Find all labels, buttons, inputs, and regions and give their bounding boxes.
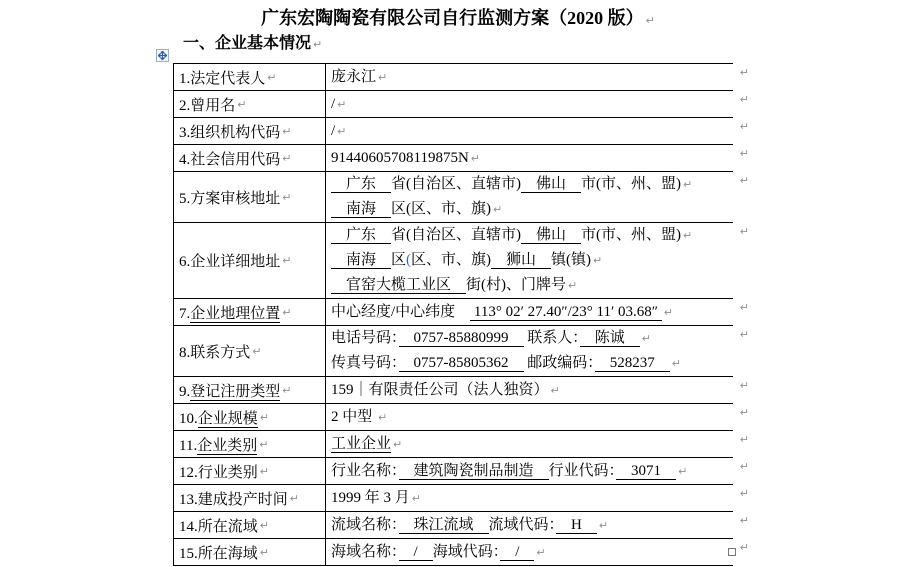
paragraph-mark: ↵ <box>471 152 480 165</box>
row-value-cell[interactable]: 广东 省(自治区、直辖市) 佛山 市(市、州、盟)↵ 南海 区(区、市、旗) 狮… <box>326 223 733 298</box>
value-segment: 传真号码： <box>331 355 399 371</box>
value-line: 1999 年 3 月↵ <box>331 486 733 511</box>
value-segment: 区、市、旗) <box>411 252 491 268</box>
table-row: 10.企业规模↵2 中型 ↵↵ <box>174 404 733 431</box>
value-line: 广东 省(自治区、直辖市) 佛山 市(市、州、盟)↵ <box>331 223 733 248</box>
value-line: 流域名称： 珠江流域 流域代码： H ↵ <box>331 513 733 538</box>
row-end-paragraph-mark: ↵ <box>740 379 749 392</box>
value-segment: 佛山 <box>521 227 581 244</box>
value-segment: 广东 <box>331 227 391 244</box>
word-document-page: 广东宏陶陶瓷有限公司自行监测方案（2020 版）↵ 一、企业基本情况↵ 1.法定… <box>0 0 916 567</box>
paragraph-mark: ↵ <box>393 438 402 451</box>
row-label-text: 所在海域 <box>198 546 258 562</box>
row-end-paragraph-mark: ↵ <box>740 514 749 527</box>
table-row: 7.企业地理位置↵中心经度/中心纬度 113° 02′ 27.40″/23° 1… <box>174 299 733 326</box>
row-end-paragraph-mark: ↵ <box>740 174 749 187</box>
value-segment: 行业代码： <box>549 463 617 479</box>
paragraph-mark: ↵ <box>313 38 322 51</box>
value-segment: 海域代码： <box>433 544 501 560</box>
row-number: 13. <box>179 492 198 508</box>
row-number: 6. <box>179 254 190 270</box>
row-value-cell[interactable]: 电话号码： 0757-85880999 联系人： 陈诚 ↵传真号码： 0757-… <box>326 326 733 376</box>
value-segment: 省(自治区、直辖市) <box>391 227 521 243</box>
row-label-cell[interactable]: 13.建成投产时间↵ <box>174 485 326 511</box>
row-label: 5.方案审核地址 <box>179 187 280 208</box>
paragraph-mark: ↵ <box>536 546 545 559</box>
row-label-cell[interactable]: 5.方案审核地址↵ <box>174 172 326 222</box>
row-label-cell[interactable]: 12.行业类别↵ <box>174 458 326 484</box>
row-label-text: 所在流域 <box>198 519 258 535</box>
paragraph-mark: ↵ <box>593 254 602 267</box>
row-label: 9.登记注册类型 <box>179 380 280 401</box>
row-number: 14. <box>179 519 198 535</box>
row-end-paragraph-mark: ↵ <box>740 328 749 341</box>
value-line: 传真号码： 0757-85805362 邮政编码： 528237 ↵ <box>331 351 733 376</box>
paragraph-mark: ↵ <box>683 178 692 191</box>
section-heading: 一、企业基本情况 <box>183 35 311 52</box>
table-row: 11.企业类别↵工业企业↵↵ <box>174 431 733 458</box>
value-segment: 0757-85880999 <box>399 330 524 347</box>
value-line: 91440605708119875N↵ <box>331 146 733 171</box>
row-label-text: 曾用名 <box>190 98 235 114</box>
row-label-text: 建成投产时间 <box>198 492 288 508</box>
paragraph-mark: ↵ <box>678 465 687 478</box>
value-segment: 区 <box>391 252 406 268</box>
value-segment: / <box>331 96 335 112</box>
paragraph-mark: ↵ <box>568 279 577 292</box>
value-segment: 珠江流域 <box>399 517 489 534</box>
row-label-cell[interactable]: 3.组织机构代码↵ <box>174 118 326 144</box>
table-row: 8.联系方式↵电话号码： 0757-85880999 联系人： 陈诚 ↵传真号码… <box>174 326 733 377</box>
row-label-text: 行业类别 <box>198 465 258 481</box>
value-segment: 镇(镇) <box>551 252 591 268</box>
paragraph-mark: ↵ <box>599 519 608 532</box>
value-segment: 广东 <box>331 176 391 193</box>
value-segment: 0757-85805362 <box>399 355 524 372</box>
value-segment: 电话号码： <box>331 330 399 346</box>
row-value-cell[interactable]: 2 中型 ↵ <box>326 404 733 430</box>
paragraph-mark: ↵ <box>378 411 387 424</box>
paragraph-mark: ↵ <box>412 492 421 505</box>
row-label-text: 登记注册类型 <box>190 384 280 401</box>
value-segment: / <box>399 544 433 561</box>
paragraph-mark: ↵ <box>282 254 291 267</box>
move-arrows-icon <box>158 51 167 60</box>
paragraph-mark: ↵ <box>664 306 673 319</box>
row-end-paragraph-mark: ↵ <box>740 225 749 238</box>
paragraph-mark: ↵ <box>337 98 346 111</box>
row-end-paragraph-mark: ↵ <box>740 120 749 133</box>
paragraph-mark: ↵ <box>646 14 655 27</box>
paragraph-mark: ↵ <box>260 465 269 478</box>
value-segment: 陈诚 <box>580 330 640 347</box>
section-heading-line[interactable]: 一、企业基本情况↵ <box>183 30 322 53</box>
value-segment: 狮山 <box>491 252 551 269</box>
row-label-text: 联系方式 <box>190 345 250 361</box>
row-label-cell[interactable]: 11.企业类别↵ <box>174 431 326 457</box>
row-end-paragraph-mark: ↵ <box>740 541 749 554</box>
paragraph-mark: ↵ <box>260 546 269 559</box>
row-label-text: 组织机构代码 <box>190 125 280 141</box>
value-line: 工业企业↵ <box>331 432 733 457</box>
paragraph-mark: ↵ <box>642 332 651 345</box>
table-row: 4.社会信用代码↵91440605708119875N↵↵ <box>174 145 733 172</box>
row-label: 14.所在流域 <box>179 515 258 536</box>
paragraph-mark: ↵ <box>267 71 276 84</box>
value-segment: 91440605708119875N <box>331 150 469 166</box>
paragraph-mark: ↵ <box>290 492 299 505</box>
table-row: 12.行业类别↵行业名称： 建筑陶瓷制品制造 行业代码： 3071 ↵↵ <box>174 458 733 485</box>
value-segment: 159｜有限责任公司（法人独资） <box>331 382 549 398</box>
row-label-cell[interactable]: 7.企业地理位置↵ <box>174 299 326 325</box>
value-segment: 2 中型 <box>331 409 376 425</box>
row-value-cell[interactable]: 海域名称： / 海域代码： / ↵ <box>326 539 733 565</box>
row-label-cell[interactable]: 14.所在流域↵ <box>174 512 326 538</box>
value-segment: 庞永江 <box>331 69 376 85</box>
value-line: 庞永江↵ <box>331 65 733 90</box>
row-number: 1. <box>179 71 190 87</box>
value-line: 中心经度/中心纬度 113° 02′ 27.40″/23° 11′ 03.68″… <box>331 300 733 325</box>
row-label-cell[interactable]: 15.所在海域↵ <box>174 539 326 565</box>
row-value-cell[interactable]: 1999 年 3 月↵ <box>326 485 733 511</box>
row-label: 3.组织机构代码 <box>179 121 280 142</box>
table-row: 14.所在流域↵流域名称： 珠江流域 流域代码： H ↵↵ <box>174 512 733 539</box>
value-segment: 官窑大榄工业区 <box>331 277 466 294</box>
row-end-paragraph-mark: ↵ <box>740 460 749 473</box>
paragraph-mark: ↵ <box>378 71 387 84</box>
value-segment: 1999 年 3 月 <box>331 490 410 506</box>
value-segment: 市(市、州、盟) <box>581 176 681 192</box>
value-line: 行业名称： 建筑陶瓷制品制造 行业代码： 3071 ↵ <box>331 459 733 484</box>
row-number: 9. <box>179 384 190 400</box>
row-label-cell[interactable]: 4.社会信用代码↵ <box>174 145 326 171</box>
document-title-line[interactable]: 广东宏陶陶瓷有限公司自行监测方案（2020 版）↵ <box>0 4 916 30</box>
row-label: 4.社会信用代码 <box>179 148 280 169</box>
value-segment: 街(村)、门牌号 <box>466 277 566 293</box>
row-number: 7. <box>179 306 190 322</box>
value-line: 南海 区(区、市、旗) 狮山 镇(镇)↵ <box>331 248 733 273</box>
row-end-paragraph-mark: ↵ <box>740 406 749 419</box>
row-number: 4. <box>179 152 190 168</box>
value-line: /↵ <box>331 119 733 144</box>
row-value-cell[interactable]: 中心经度/中心纬度 113° 02′ 27.40″/23° 11′ 03.68″… <box>326 299 733 325</box>
table-row: 2.曾用名↵/↵↵ <box>174 91 733 118</box>
value-segment: 行业名称： <box>331 463 399 479</box>
table-row: 13.建成投产时间↵1999 年 3 月↵↵ <box>174 485 733 512</box>
row-label: 12.行业类别 <box>179 461 258 482</box>
table-row: 3.组织机构代码↵/↵↵ <box>174 118 733 145</box>
row-number: 5. <box>179 191 190 207</box>
value-line: 2 中型 ↵ <box>331 405 733 430</box>
row-value-cell[interactable]: 庞永江↵ <box>326 64 733 90</box>
paragraph-mark: ↵ <box>672 357 681 370</box>
table-row: 1.法定代表人↵庞永江↵↵ <box>174 64 733 91</box>
value-segment: 佛山 <box>521 176 581 193</box>
paragraph-mark: ↵ <box>282 306 291 319</box>
table-row: 15.所在海域↵海域名称： / 海域代码： / ↵↵ <box>174 539 733 566</box>
value-segment: / <box>331 123 335 139</box>
row-value-cell[interactable]: /↵ <box>326 118 733 144</box>
end-of-table-square-mark <box>728 548 736 556</box>
value-segment: 流域名称： <box>331 517 399 533</box>
value-segment: 市(市、州、盟) <box>581 227 681 243</box>
row-label-cell[interactable]: 9.登记注册类型↵ <box>174 377 326 403</box>
row-label: 13.建成投产时间 <box>179 488 288 509</box>
row-label: 6.企业详细地址 <box>179 250 280 271</box>
table-move-handle[interactable] <box>156 49 169 62</box>
paragraph-mark: ↵ <box>282 152 291 165</box>
row-label: 2.曾用名 <box>179 94 235 115</box>
value-segment: 113° 02′ 27.40″/23° 11′ 03.68″ <box>470 304 662 321</box>
row-label-text: 企业地理位置 <box>190 306 280 323</box>
row-label-text: 企业类别 <box>197 438 257 455</box>
row-number: 3. <box>179 125 190 141</box>
value-segment: 南海 <box>331 201 391 218</box>
row-end-paragraph-mark: ↵ <box>740 301 749 314</box>
basic-info-table: 1.法定代表人↵庞永江↵↵2.曾用名↵/↵↵3.组织机构代码↵/↵↵4.社会信用… <box>173 63 733 566</box>
value-line: 广东 省(自治区、直辖市) 佛山 市(市、州、盟)↵ <box>331 172 733 197</box>
row-value-cell[interactable]: 广东 省(自治区、直辖市) 佛山 市(市、州、盟)↵ 南海 区(区、市、旗)↵ <box>326 172 733 222</box>
value-segment: / <box>500 544 534 561</box>
row-label-cell[interactable]: 8.联系方式↵ <box>174 326 326 376</box>
value-segment: H <box>556 517 597 534</box>
row-value-cell[interactable]: 行业名称： 建筑陶瓷制品制造 行业代码： 3071 ↵ <box>326 458 733 484</box>
row-label: 8.联系方式 <box>179 341 250 362</box>
paragraph-mark: ↵ <box>260 519 269 532</box>
value-line: 海域名称： / 海域代码： / ↵ <box>331 540 733 565</box>
value-segment: 建筑陶瓷制品制造 <box>399 463 549 480</box>
value-line: /↵ <box>331 92 733 117</box>
row-label-cell[interactable]: 2.曾用名↵ <box>174 91 326 117</box>
value-segment: 流域代码： <box>489 517 557 533</box>
value-segment: 邮政编码： <box>524 355 595 371</box>
row-number: 15. <box>179 546 198 562</box>
paragraph-mark: ↵ <box>282 191 291 204</box>
row-label-text: 社会信用代码 <box>190 152 280 168</box>
value-segment: 工业企业 <box>331 436 391 453</box>
paragraph-mark: ↵ <box>252 345 261 358</box>
row-label-cell[interactable]: 6.企业详细地址↵ <box>174 223 326 298</box>
table-row: 5.方案审核地址↵ 广东 省(自治区、直辖市) 佛山 市(市、州、盟)↵ 南海 … <box>174 172 733 223</box>
paragraph-mark: ↵ <box>259 438 268 451</box>
value-segment: 区(区、市、旗) <box>391 201 491 217</box>
paragraph-mark: ↵ <box>337 125 346 138</box>
paragraph-mark: ↵ <box>493 203 502 216</box>
row-value-cell[interactable]: 流域名称： 珠江流域 流域代码： H ↵ <box>326 512 733 538</box>
table-row: 9.登记注册类型↵159｜有限责任公司（法人独资）↵↵ <box>174 377 733 404</box>
value-line: 159｜有限责任公司（法人独资）↵ <box>331 378 733 403</box>
row-end-paragraph-mark: ↵ <box>740 93 749 106</box>
value-line: 电话号码： 0757-85880999 联系人： 陈诚 ↵ <box>331 326 733 351</box>
value-segment: 528237 <box>595 355 670 372</box>
paragraph-mark: ↵ <box>551 384 560 397</box>
row-label-cell[interactable]: 10.企业规模↵ <box>174 404 326 430</box>
row-label: 1.法定代表人 <box>179 67 265 88</box>
paragraph-mark: ↵ <box>260 411 269 424</box>
row-end-paragraph-mark: ↵ <box>740 433 749 446</box>
paragraph-mark: ↵ <box>683 229 692 242</box>
row-label: 7.企业地理位置 <box>179 302 280 323</box>
row-value-cell[interactable]: 91440605708119875N↵ <box>326 145 733 171</box>
value-segment: 联系人： <box>524 330 580 346</box>
row-value-cell[interactable]: /↵ <box>326 91 733 117</box>
row-end-paragraph-mark: ↵ <box>740 66 749 79</box>
row-value-cell[interactable]: 159｜有限责任公司（法人独资）↵ <box>326 377 733 403</box>
row-label-text: 企业规模 <box>198 411 258 428</box>
row-value-cell[interactable]: 工业企业↵ <box>326 431 733 457</box>
value-line: 官窑大榄工业区 街(村)、门牌号↵ <box>331 273 733 298</box>
page-title: 广东宏陶陶瓷有限公司自行监测方案（2020 版） <box>261 8 644 28</box>
row-number: 12. <box>179 465 198 481</box>
row-label: 15.所在海域 <box>179 542 258 563</box>
value-segment: 南海 <box>331 252 391 269</box>
value-segment: 海域名称： <box>331 544 399 560</box>
row-end-paragraph-mark: ↵ <box>740 147 749 160</box>
row-label: 10.企业规模 <box>179 407 258 428</box>
table-row: 6.企业详细地址↵ 广东 省(自治区、直辖市) 佛山 市(市、州、盟)↵ 南海 … <box>174 223 733 299</box>
row-label-text: 方案审核地址 <box>190 191 280 207</box>
row-number: 10. <box>179 411 198 427</box>
row-label-text: 法定代表人 <box>190 71 265 87</box>
paragraph-mark: ↵ <box>282 125 291 138</box>
row-label-text: 企业详细地址 <box>190 254 280 270</box>
row-label-cell[interactable]: 1.法定代表人↵ <box>174 64 326 90</box>
row-number: 11. <box>179 438 197 454</box>
row-end-paragraph-mark: ↵ <box>740 487 749 500</box>
paragraph-mark: ↵ <box>237 98 246 111</box>
value-segment: 中心经度/中心纬度 <box>331 304 470 320</box>
paragraph-mark: ↵ <box>282 384 291 397</box>
row-label: 11.企业类别 <box>179 434 257 455</box>
value-segment: 省(自治区、直辖市) <box>391 176 521 192</box>
value-line: 南海 区(区、市、旗)↵ <box>331 197 733 222</box>
value-segment: 3071 <box>616 463 676 480</box>
row-number: 8. <box>179 345 190 361</box>
row-number: 2. <box>179 98 190 114</box>
